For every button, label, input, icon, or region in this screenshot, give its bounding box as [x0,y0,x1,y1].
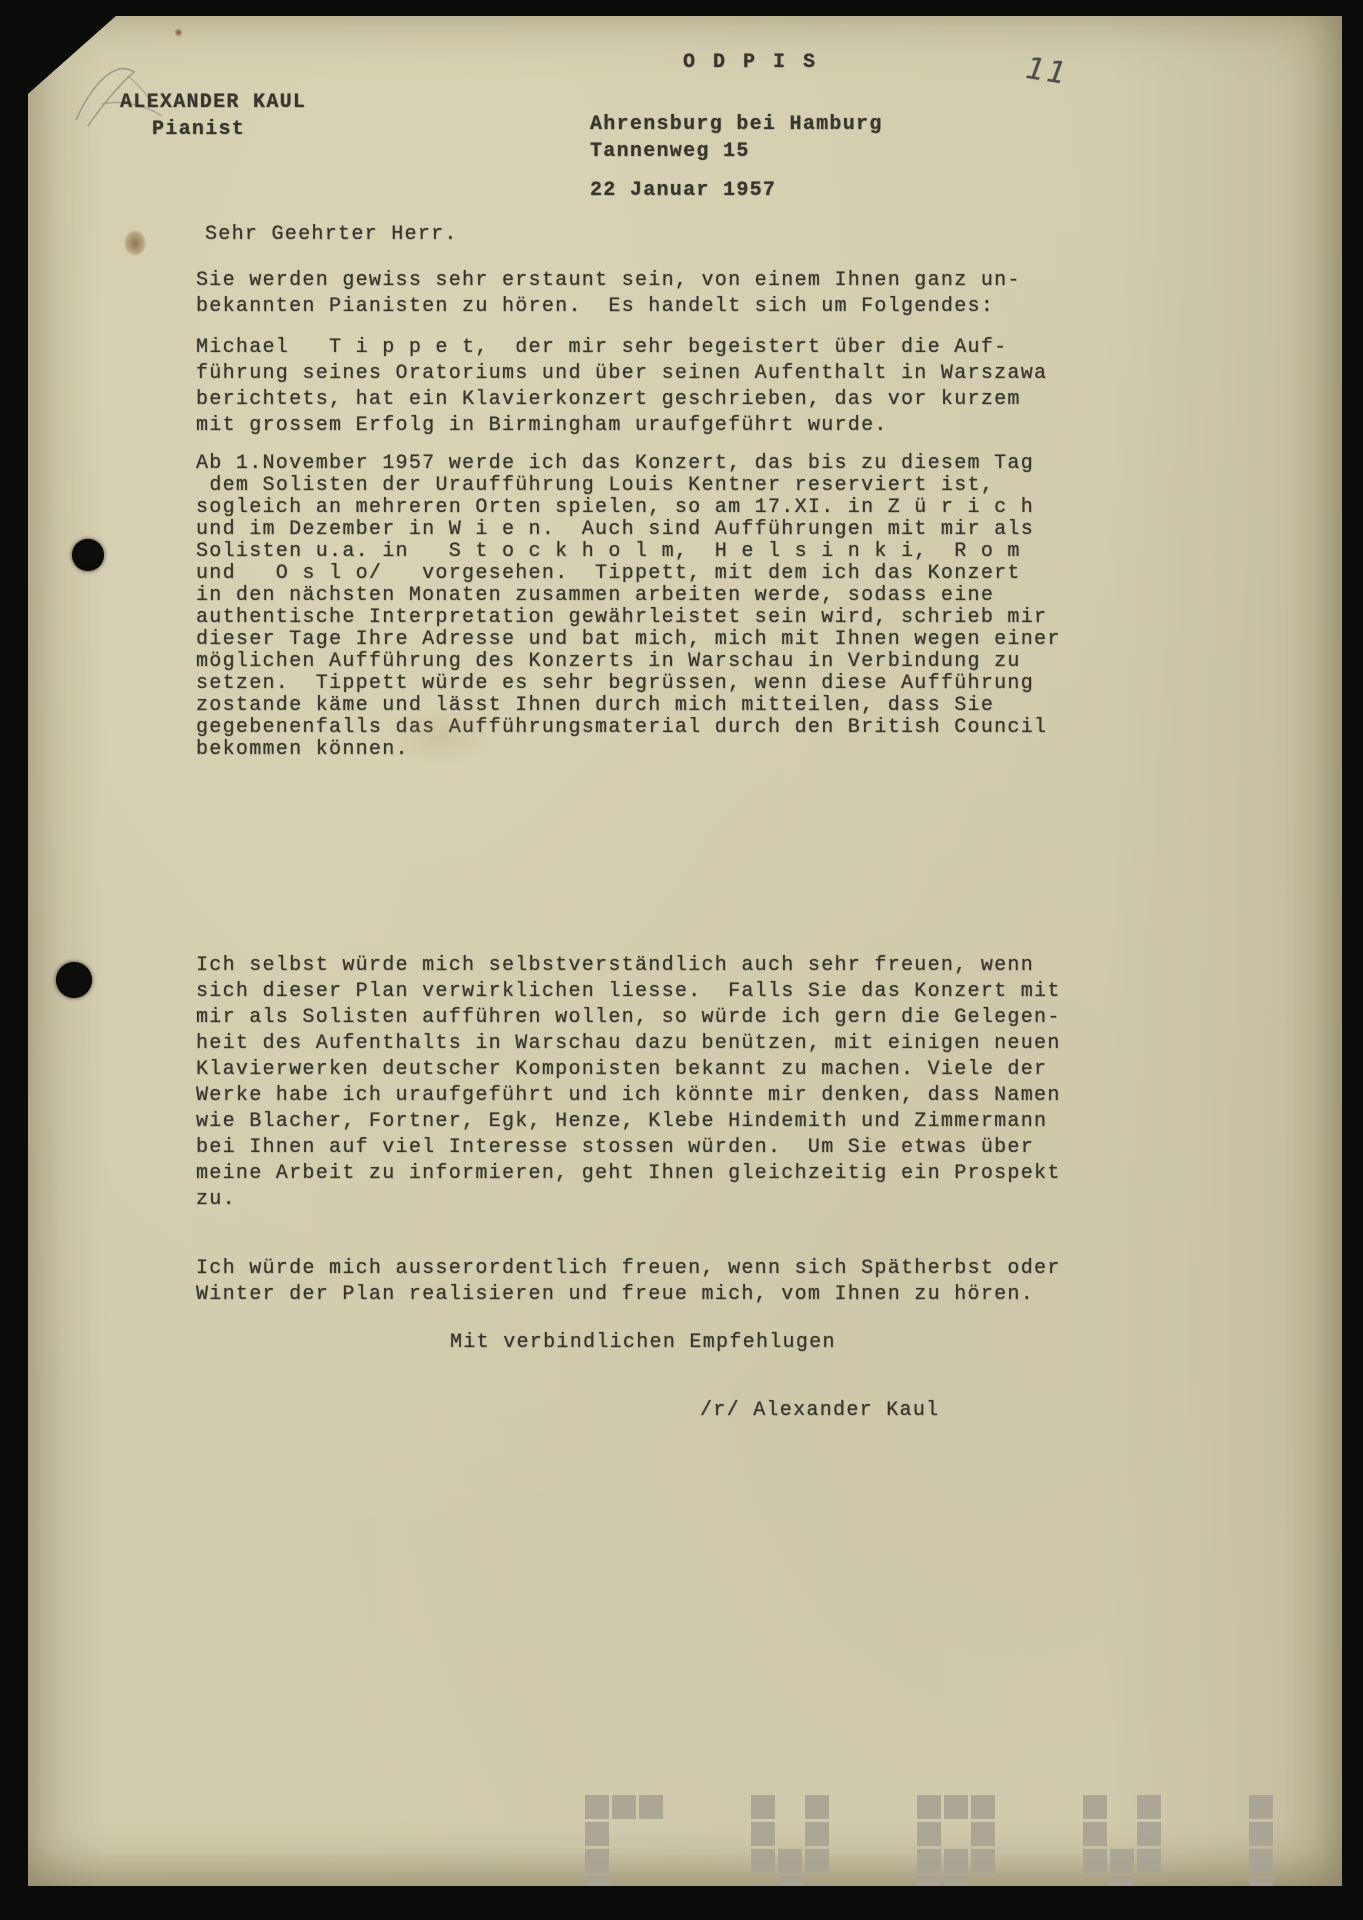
watermark-block [612,1903,636,1920]
letter-paragraph: Ab 1.November 1957 werde ich das Konzert… [196,453,1061,761]
watermark-block [917,1876,941,1900]
watermark-block [1249,1876,1273,1900]
stain [124,230,146,256]
watermark-block [971,1795,995,1819]
watermark-block [1137,1849,1161,1873]
watermark-block [917,1822,941,1846]
watermark-block [585,1795,609,1819]
watermark-block [639,1795,663,1819]
hole-punch [72,539,104,571]
letter-page: O D P I S 11 ALEXANDER KAUL Pianist Ahre… [28,16,1342,1886]
watermark-block [585,1822,609,1846]
watermark-block [917,1849,941,1873]
hole-punch [56,962,92,998]
watermark-block [805,1795,829,1819]
watermark-block [944,1849,968,1873]
watermark-block [585,1876,609,1900]
cyryl-watermark [585,1795,1330,1920]
watermark-block [1303,1903,1327,1920]
watermark-block [1249,1849,1273,1873]
watermark-block [612,1795,636,1819]
watermark-block [639,1903,663,1920]
letter-paragraph: Ich selbst würde mich selbstverständlich… [196,953,1061,1213]
copy-label: O D P I S [683,50,818,76]
letter-paragraph: Michael T i p p e t, der mir sehr begeis… [196,335,1047,439]
letterhead-title: Pianist [152,117,245,143]
watermark-block [1110,1849,1134,1873]
watermark-block [1110,1876,1134,1900]
watermark-block [1249,1795,1273,1819]
watermark-block [1083,1849,1107,1873]
watermark-block [1249,1822,1273,1846]
watermark-block [751,1795,775,1819]
watermark-block [971,1903,995,1920]
watermark-block [751,1822,775,1846]
watermark-block [585,1903,609,1920]
watermark-block [1276,1903,1300,1920]
sender-address-line1: Ahrensburg bei Hamburg [590,112,883,138]
watermark-block [1083,1795,1107,1819]
closing-line: Mit verbindlichen Empfehlugen [450,1330,836,1356]
letter-paragraph: Sie werden gewiss sehr erstaunt sein, vo… [196,268,1021,320]
watermark-block [778,1903,802,1920]
watermark-block [778,1849,802,1873]
watermark-block [1249,1903,1273,1920]
watermark-block [944,1876,968,1900]
watermark-block [805,1822,829,1846]
salutation: Sehr Geehrter Herr. [205,222,458,248]
watermark-block [805,1849,829,1873]
letter-paragraph: Ich würde mich ausserordentlich freuen, … [196,1256,1061,1308]
watermark-block [778,1876,802,1900]
signature-line: /r/ Alexander Kaul [700,1398,939,1424]
scanned-letter-screenshot: { "header": { "copy_label": "O D P I S",… [0,0,1363,1920]
watermark-block [944,1795,968,1819]
watermark-block [1110,1903,1134,1920]
watermark-block [917,1903,941,1920]
watermark-block [1083,1822,1107,1846]
letter-date: 22 Januar 1957 [590,178,776,204]
stain [174,28,183,37]
sender-address-line2: Tannenweg 15 [590,139,750,165]
watermark-block [1137,1822,1161,1846]
watermark-block [751,1849,775,1873]
watermark-block [1137,1795,1161,1819]
watermark-block [917,1795,941,1819]
letterhead-name: ALEXANDER KAUL [120,90,306,116]
watermark-block [585,1849,609,1873]
watermark-block [971,1849,995,1873]
page-number-annotation: 11 [1024,51,1071,92]
watermark-block [971,1822,995,1846]
